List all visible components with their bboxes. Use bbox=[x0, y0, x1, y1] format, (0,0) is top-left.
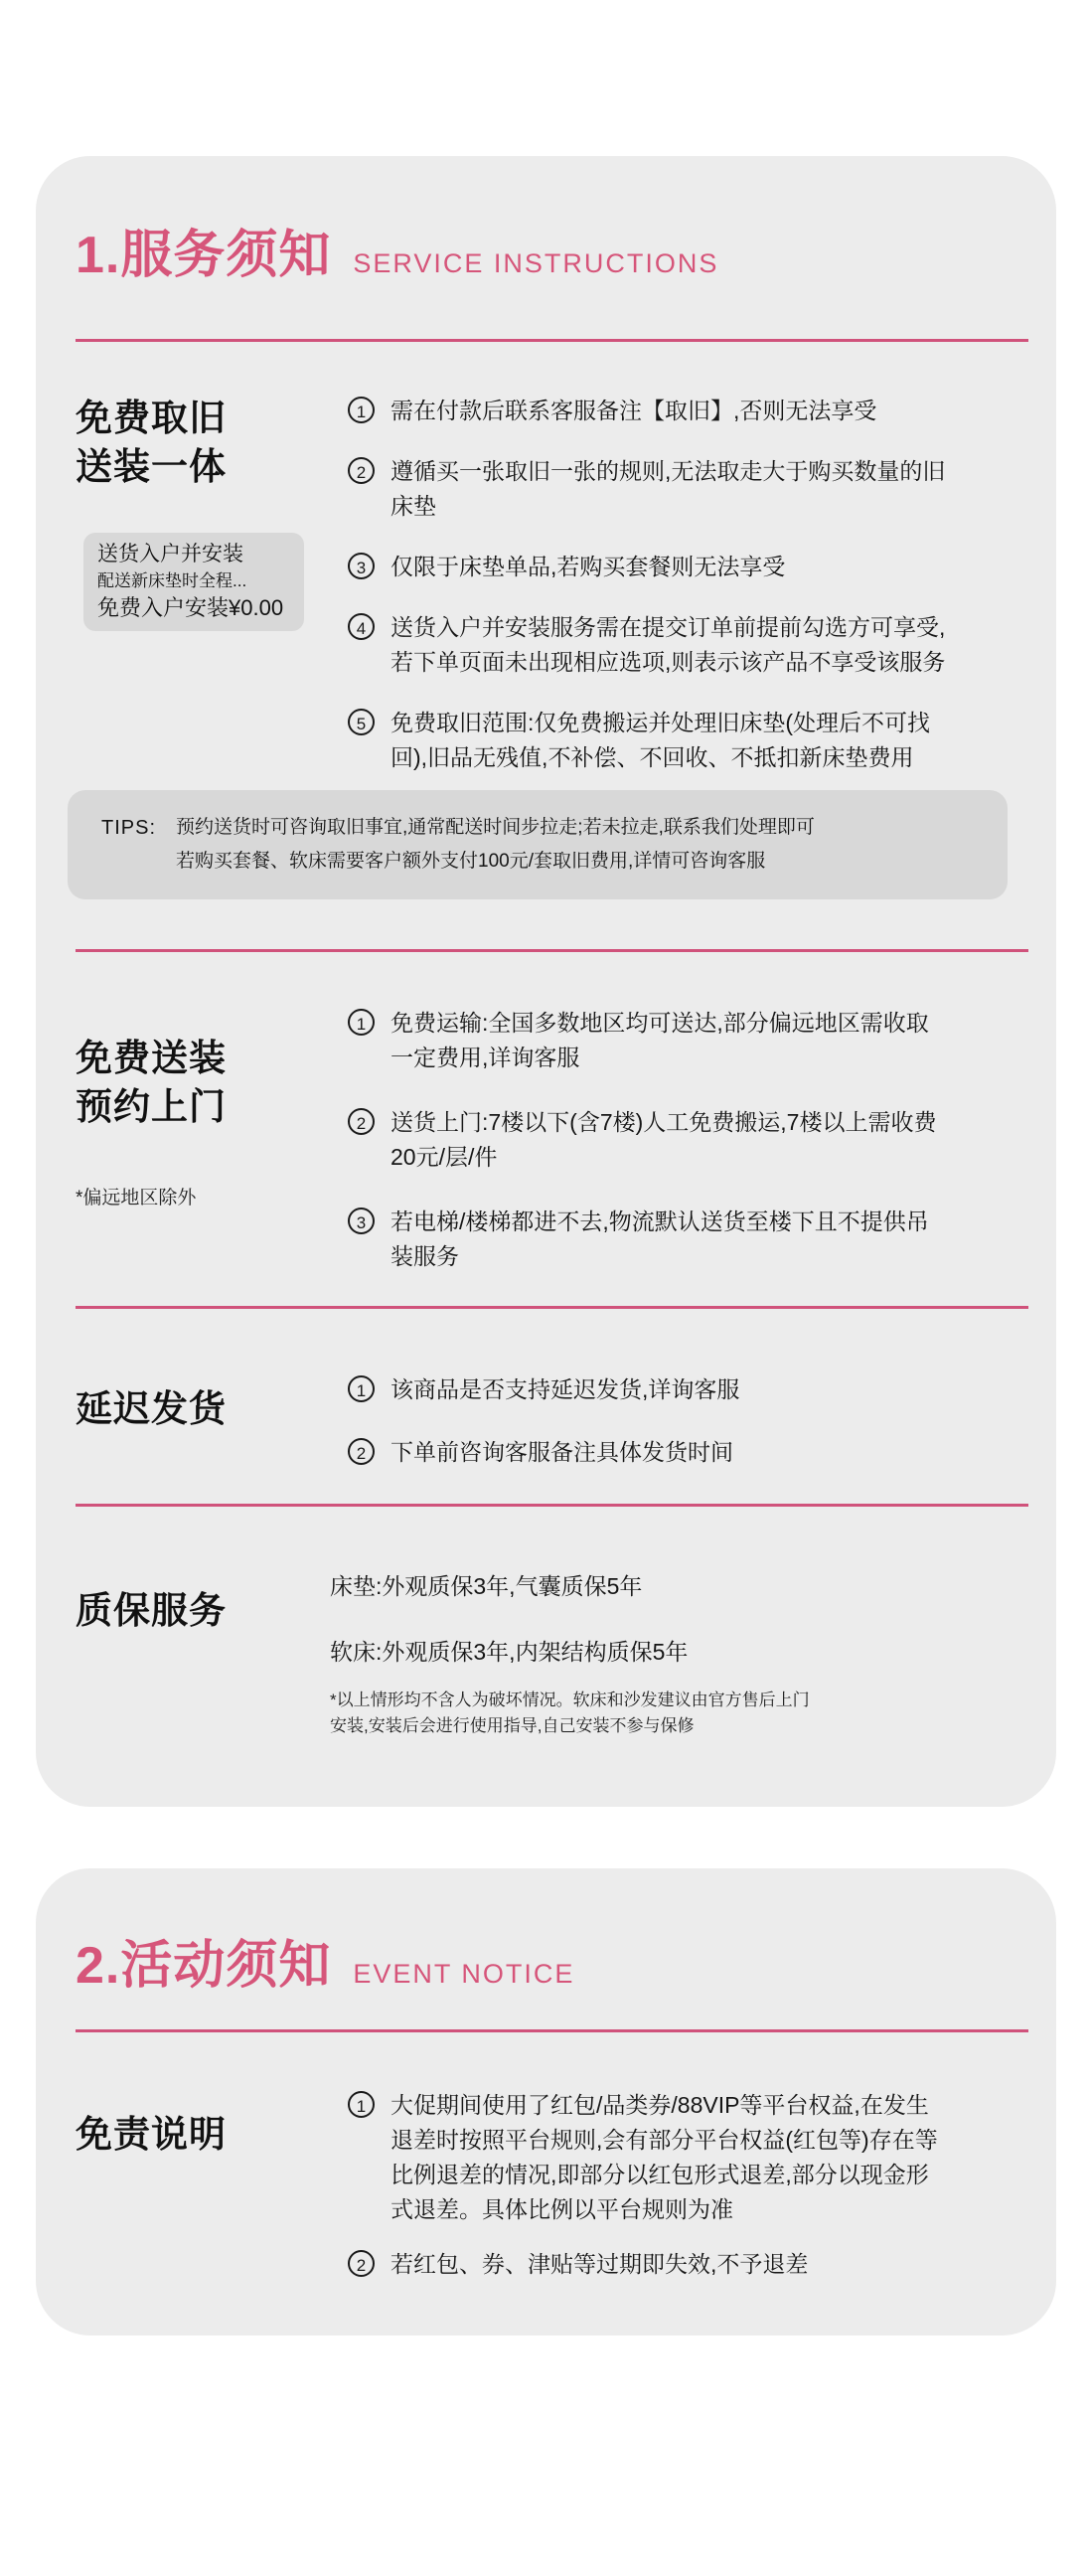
event-title-zh: 2.活动须知 bbox=[76, 1938, 331, 1994]
free-pickup-items: 1 需在付款后联系客服备注【取旧】,否则无法享受 2 遵循买一张取旧一张的规则,… bbox=[348, 394, 1028, 775]
item-number: 3 bbox=[348, 1207, 375, 1234]
item-text: 送货入户并安装服务需在提交订单前提前勾选方可享受,若下单页面未出现相应选项,则表… bbox=[390, 610, 947, 680]
free-delivery-heading-line2: 预约上门 bbox=[76, 1086, 227, 1127]
free-delivery-heading: 免费送装 预约上门 bbox=[76, 1034, 348, 1131]
list-item: 1 免费运输:全国多数地区均可送达,部分偏远地区需收取一定费用,详询客服 bbox=[348, 1006, 1028, 1075]
list-item: 3 若电梯/楼梯都进不去,物流默认送货至楼下且不提供吊装服务 bbox=[348, 1205, 1028, 1274]
remote-area-note: *偏远地区除外 bbox=[76, 1183, 348, 1209]
free-pickup-heading: 免费取旧 送装一体 bbox=[76, 394, 348, 491]
free-delivery-items: 1 免费运输:全国多数地区均可送达,部分偏远地区需收取一定费用,详询客服 2 送… bbox=[348, 1006, 1028, 1274]
list-item: 2 遵循买一张取旧一张的规则,无法取走大于购买数量的旧床垫 bbox=[348, 454, 1028, 524]
divider bbox=[76, 949, 1028, 952]
item-text: 免费取旧范围:仅免费搬运并处理旧床垫(处理后不可找回),旧品无残值,不补偿、不回… bbox=[390, 706, 947, 775]
tips-text: 预约送货时可咨询取旧事宜,通常配送时间步拉走;若未拉走,联系我们处理即可 若购买… bbox=[176, 811, 815, 879]
section-warranty: 质保服务 床垫:外观质保3年,气囊质保5年 软床:外观质保3年,内架结构质保5年… bbox=[76, 1568, 1028, 1739]
divider bbox=[76, 1306, 1028, 1309]
item-text: 该商品是否支持延迟发货,详询客服 bbox=[390, 1372, 739, 1407]
item-text: 若红包、券、津贴等过期即失效,不予退差 bbox=[390, 2247, 808, 2282]
free-delivery-heading-line1: 免费送装 bbox=[76, 1038, 227, 1078]
delayed-shipping-items: 1 该商品是否支持延迟发货,详询客服 2 下单前咨询客服备注具体发货时间 bbox=[348, 1372, 1028, 1470]
item-number: 2 bbox=[348, 1438, 375, 1465]
divider bbox=[76, 2029, 1028, 2032]
section-liability-disclaimer: 免责说明 1 大促期间使用了红包/品类券/88VIP等平台权益,在发生退差时按照… bbox=[76, 2088, 1028, 2302]
item-number: 2 bbox=[348, 457, 375, 484]
free-pickup-label-column: 免费取旧 送装一体 送货入户并安装 配送新床垫时全程... 免费入户安装¥0.0… bbox=[76, 394, 348, 775]
liability-items: 1 大促期间使用了红包/品类券/88VIP等平台权益,在发生退差时按照平台规则,… bbox=[348, 2088, 1028, 2302]
item-number: 2 bbox=[348, 2250, 375, 2277]
divider bbox=[76, 1504, 1028, 1507]
list-item: 1 大促期间使用了红包/品类券/88VIP等平台权益,在发生退差时按照平台规则,… bbox=[348, 2088, 1028, 2227]
list-item: 5 免费取旧范围:仅免费搬运并处理旧床垫(处理后不可找回),旧品无残值,不补偿、… bbox=[348, 706, 1028, 775]
service-instructions-card: 1.服务须知 SERVICE INSTRUCTIONS 免费取旧 送装一体 送货… bbox=[36, 156, 1056, 1807]
item-number: 1 bbox=[348, 1009, 375, 1036]
item-number: 1 bbox=[348, 1375, 375, 1402]
item-text: 仅限于床垫单品,若购买套餐则无法享受 bbox=[390, 550, 785, 584]
section-delayed-shipping: 延迟发货 1 该商品是否支持延迟发货,详询客服 2 下单前咨询客服备注具体发货时… bbox=[76, 1372, 1028, 1470]
install-service-box-line1: 送货入户并安装 bbox=[97, 541, 290, 568]
item-text: 遵循买一张取旧一张的规则,无法取走大于购买数量的旧床垫 bbox=[390, 454, 947, 524]
divider bbox=[76, 339, 1028, 342]
section-free-pickup: 免费取旧 送装一体 送货入户并安装 配送新床垫时全程... 免费入户安装¥0.0… bbox=[76, 394, 1028, 775]
service-instructions-header: 1.服务须知 SERVICE INSTRUCTIONS bbox=[76, 228, 1028, 283]
warranty-details: 床垫:外观质保3年,气囊质保5年 软床:外观质保3年,内架结构质保5年 *以上情… bbox=[330, 1568, 1028, 1739]
tips-line1: 预约送货时可咨询取旧事宜,通常配送时间步拉走;若未拉走,联系我们处理即可 bbox=[176, 811, 815, 845]
install-service-box-line2: 配送新床垫时全程... bbox=[97, 568, 290, 593]
item-number: 1 bbox=[348, 2091, 375, 2118]
tips-line2: 若购买套餐、软床需要客户额外支付100元/套取旧费用,详情可咨询客服 bbox=[176, 845, 815, 879]
delayed-shipping-label-column: 延迟发货 bbox=[76, 1372, 348, 1470]
warranty-disclaimer: *以上情形均不含人为破坏情况。软床和沙发建议由官方售后上门安装,安装后会进行使用… bbox=[330, 1688, 822, 1739]
item-text: 若电梯/楼梯都进不去,物流默认送货至楼下且不提供吊装服务 bbox=[390, 1205, 947, 1274]
item-text: 送货上门:7楼以下(含7楼)人工免费搬运,7楼以上需收费20元/层/件 bbox=[390, 1105, 947, 1175]
service-title-en: SERVICE INSTRUCTIONS bbox=[353, 243, 718, 283]
list-item: 2 若红包、券、津贴等过期即失效,不予退差 bbox=[348, 2247, 1028, 2282]
tips-label: TIPS: bbox=[101, 811, 156, 879]
section-free-delivery: 免费送装 预约上门 *偏远地区除外 1 免费运输:全国多数地区均可送达,部分偏远… bbox=[76, 1006, 1028, 1274]
liability-heading: 免责说明 bbox=[76, 2110, 348, 2159]
free-delivery-label-column: 免费送装 预约上门 *偏远地区除外 bbox=[76, 1006, 348, 1274]
warranty-mattress-line: 床垫:外观质保3年,气囊质保5年 bbox=[330, 1568, 1028, 1604]
free-pickup-heading-line2: 送装一体 bbox=[76, 446, 227, 487]
tips-box: TIPS: 预约送货时可咨询取旧事宜,通常配送时间步拉走;若未拉走,联系我们处理… bbox=[68, 790, 1008, 899]
item-text: 下单前咨询客服备注具体发货时间 bbox=[390, 1435, 733, 1470]
item-number: 4 bbox=[348, 613, 375, 640]
warranty-heading: 质保服务 bbox=[76, 1586, 348, 1635]
item-text: 免费运输:全国多数地区均可送达,部分偏远地区需收取一定费用,详询客服 bbox=[390, 1006, 947, 1075]
item-number: 3 bbox=[348, 553, 375, 579]
item-number: 2 bbox=[348, 1108, 375, 1135]
list-item: 2 送货上门:7楼以下(含7楼)人工免费搬运,7楼以上需收费20元/层/件 bbox=[348, 1105, 1028, 1175]
warranty-label-column: 质保服务 bbox=[76, 1568, 348, 1739]
list-item: 2 下单前咨询客服备注具体发货时间 bbox=[348, 1435, 1028, 1470]
install-service-box-line3: 免费入户安装¥0.00 bbox=[97, 593, 290, 623]
list-item: 1 需在付款后联系客服备注【取旧】,否则无法享受 bbox=[348, 394, 1028, 428]
list-item: 4 送货入户并安装服务需在提交订单前提前勾选方可享受,若下单页面未出现相应选项,… bbox=[348, 610, 1028, 680]
free-pickup-heading-line1: 免费取旧 bbox=[76, 398, 227, 438]
install-service-box: 送货入户并安装 配送新床垫时全程... 免费入户安装¥0.00 bbox=[83, 533, 304, 631]
service-title-zh: 1.服务须知 bbox=[76, 228, 331, 283]
delayed-shipping-heading: 延迟发货 bbox=[76, 1384, 348, 1433]
liability-label-column: 免责说明 bbox=[76, 2088, 348, 2302]
item-number: 1 bbox=[348, 397, 375, 423]
item-text: 需在付款后联系客服备注【取旧】,否则无法享受 bbox=[390, 394, 876, 428]
item-text: 大促期间使用了红包/品类券/88VIP等平台权益,在发生退差时按照平台规则,会有… bbox=[390, 2088, 947, 2227]
list-item: 3 仅限于床垫单品,若购买套餐则无法享受 bbox=[348, 550, 1028, 584]
item-number: 5 bbox=[348, 709, 375, 735]
warranty-softbed-line: 软床:外观质保3年,内架结构质保5年 bbox=[330, 1634, 1028, 1670]
event-notice-card: 2.活动须知 EVENT NOTICE 免责说明 1 大促期间使用了红包/品类券… bbox=[36, 1868, 1056, 2335]
event-notice-header: 2.活动须知 EVENT NOTICE bbox=[76, 1938, 1028, 1994]
list-item: 1 该商品是否支持延迟发货,详询客服 bbox=[348, 1372, 1028, 1407]
event-title-en: EVENT NOTICE bbox=[353, 1954, 574, 1994]
